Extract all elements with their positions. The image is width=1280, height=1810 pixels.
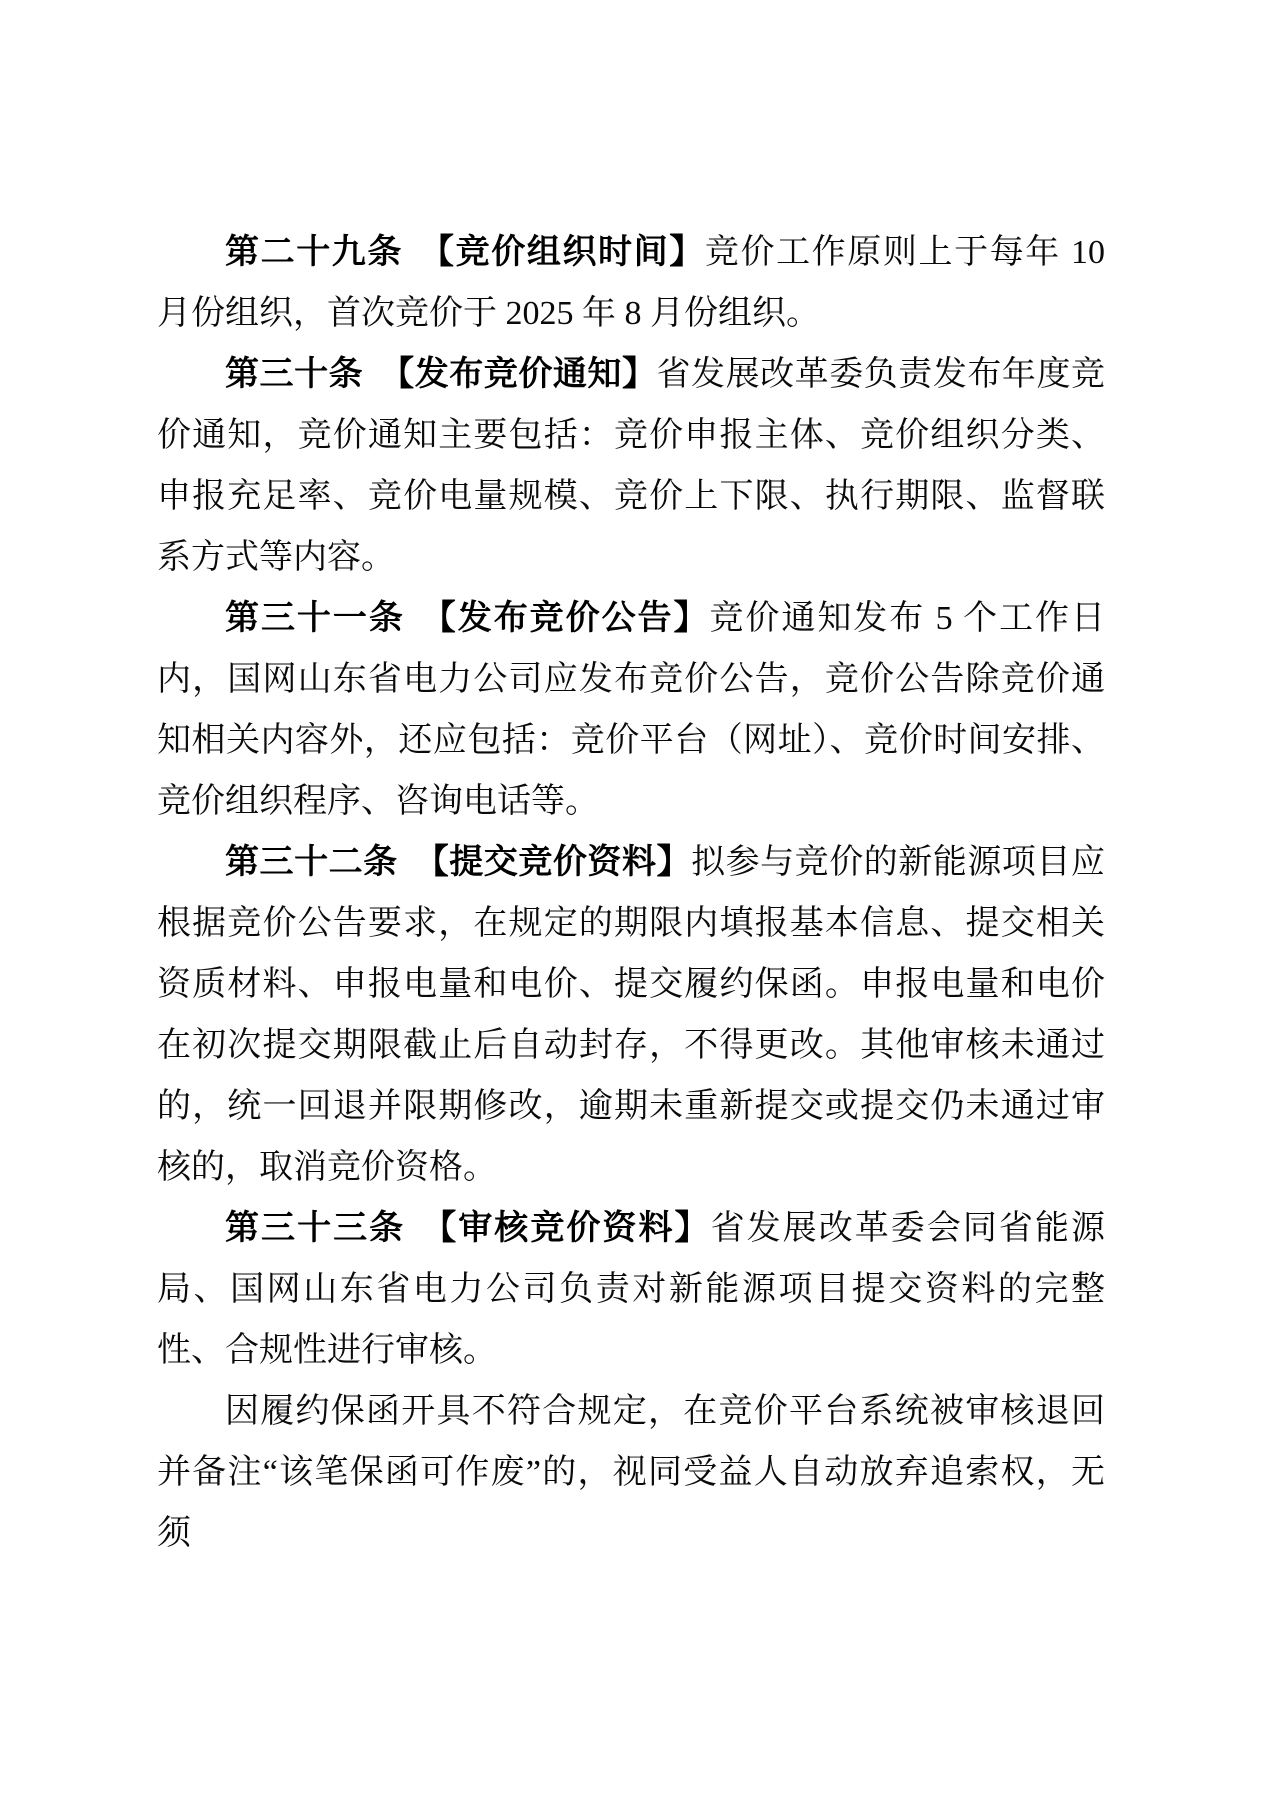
article-33-paragraph: 第三十三条【审核竞价资料】省发展改革委会同省能源局、国网山东省电力公司负责对新能… <box>157 1198 1105 1381</box>
article-30-title: 【发布竞价通知】 <box>380 356 656 393</box>
guarantee-clause-text: 因履约保函开具不符合规定，在竞价平台系统被审核退回并备注“该笔保函可作废”的，视… <box>157 1393 1105 1552</box>
article-31-paragraph: 第三十一条【发布竞价公告】竞价通知发布 5 个工作日内，国网山东省电力公司应发布… <box>157 588 1105 832</box>
document-text-block: 第二十九条【竞价组织时间】竞价工作原则上于每年 10 月份组织，首次竞价于 20… <box>157 222 1105 1564</box>
article-29-number: 第二十九条 <box>225 234 403 271</box>
guarantee-clause-paragraph: 因履约保函开具不符合规定，在竞价平台系统被审核退回并备注“该笔保函可作废”的，视… <box>157 1381 1105 1564</box>
article-33-number: 第三十三条 <box>225 1210 405 1247</box>
article-32-text: 拟参与竞价的新能源项目应根据竞价公告要求，在规定的期限内填报基本信息、提交相关资… <box>157 844 1105 1186</box>
article-32-title: 【提交竞价资料】 <box>415 844 691 881</box>
article-32-number: 第三十二条 <box>225 844 398 881</box>
article-32-paragraph: 第三十二条【提交竞价资料】拟参与竞价的新能源项目应根据竞价公告要求，在规定的期限… <box>157 832 1105 1198</box>
article-31-number: 第三十一条 <box>225 600 405 637</box>
article-29-title: 【竞价组织时间】 <box>420 234 705 271</box>
document-page: 第二十九条【竞价组织时间】竞价工作原则上于每年 10 月份组织，首次竞价于 20… <box>0 0 1280 1810</box>
article-29-paragraph: 第二十九条【竞价组织时间】竞价工作原则上于每年 10 月份组织，首次竞价于 20… <box>157 222 1105 344</box>
article-33-title: 【审核竞价资料】 <box>422 1210 710 1247</box>
article-30-number: 第三十条 <box>225 356 363 393</box>
article-31-title: 【发布竞价公告】 <box>422 600 710 637</box>
article-30-paragraph: 第三十条【发布竞价通知】省发展改革委负责发布年度竞价通知，竞价通知主要包括：竞价… <box>157 344 1105 588</box>
